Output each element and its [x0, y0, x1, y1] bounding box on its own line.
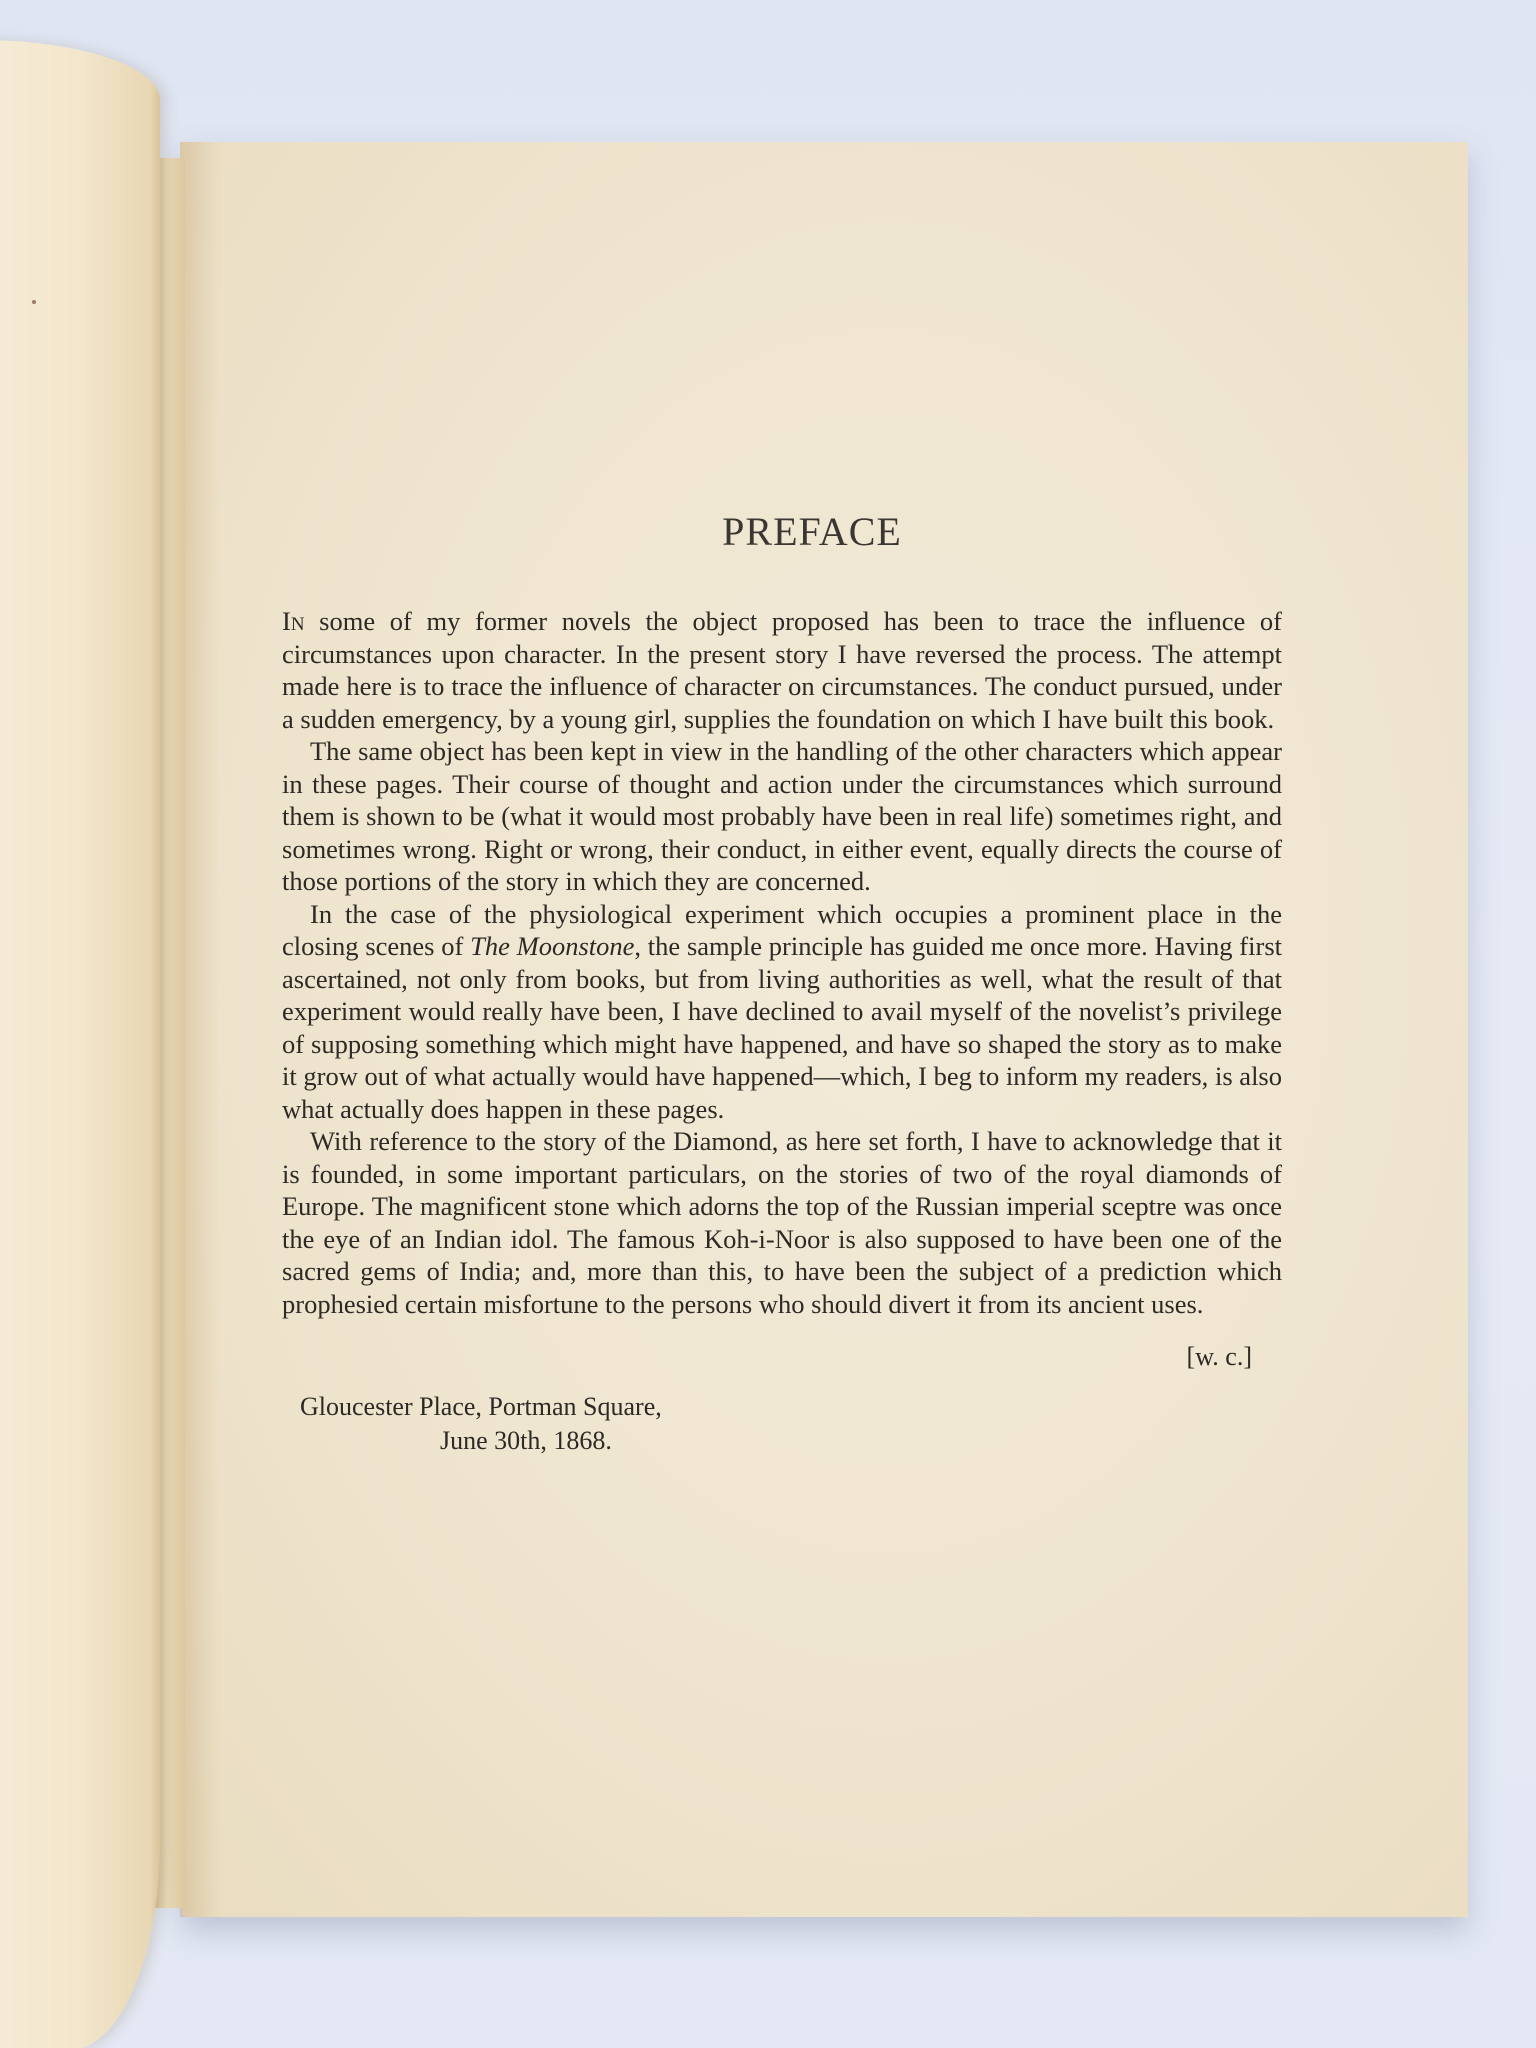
left-page-curled — [0, 40, 160, 2048]
place-line: Gloucester Place, Portman Square, — [300, 1392, 662, 1421]
paper-speck — [32, 300, 36, 304]
paragraph-3: In the case of the physiological experim… — [282, 898, 1282, 1126]
author-initials: [w. c.] — [282, 1342, 1282, 1372]
paragraph-1-text: some of my former novels the object prop… — [282, 606, 1282, 734]
page-title: PREFACE — [282, 508, 1282, 555]
date-line: June 30th, 1868. — [300, 1424, 1282, 1458]
book-title-italic: The Moonstone — [470, 931, 634, 961]
right-page: PREFACE In some of my former novels the … — [180, 142, 1468, 1917]
paragraph-4: With reference to the story of the Diamo… — [282, 1125, 1282, 1320]
paragraph-1: In some of my former novels the object p… — [282, 605, 1282, 735]
preface-text-block: PREFACE In some of my former novels the … — [282, 508, 1282, 1458]
place-and-date: Gloucester Place, Portman Square, June 3… — [282, 1390, 1282, 1458]
paragraph-2: The same object has been kept in view in… — [282, 735, 1282, 898]
drop-smallcaps: In — [282, 606, 305, 636]
